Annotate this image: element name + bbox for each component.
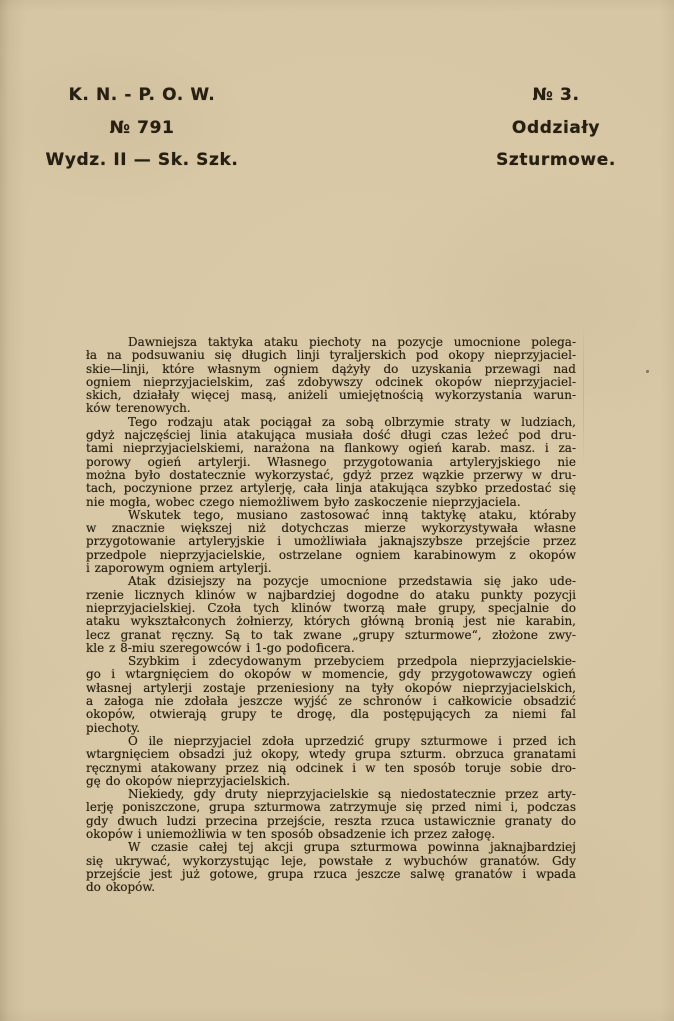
text-line: okopów i uniemożliwia w ten sposób obsad… [86,828,576,841]
text-line: lerję poniszczone, grupa szturmowa zatrz… [86,801,576,814]
text-line: przedpole nieprzyjacielskie, ostrzelane … [86,549,576,562]
document-title-line-1: Oddziały [466,112,646,145]
document-body: Dawniejsza taktyka ataku piechoty na poz… [86,336,576,894]
paragraph: Tego rodzaju atak pociągał za sobą olbrz… [86,416,576,509]
text-line: porowy ogień artylerji. Własnego przygot… [86,456,576,469]
text-line: ręcznymi atakowany przez nią odcinek i w… [86,762,576,775]
paragraph: Niekiedy, gdy druty nieprzyjacielskie są… [86,788,576,841]
text-line: O ile nieprzyjaciel zdoła uprzedzić grup… [86,735,576,748]
header-right: № 3. Oddziały Szturmowe. [466,79,646,177]
document-title-line-2: Szturmowe. [466,144,646,177]
paragraph: W czasie całej tej akcji grupa szturmowa… [86,841,576,894]
text-line: ków terenowych. [86,402,576,415]
text-line: piechoty. [86,722,576,735]
department-line: Wydz. II — Sk. Szk. [40,144,244,177]
text-line: Wskutek tego, musiano zastosować inną ta… [86,509,576,522]
issue-number: № 3. [466,79,646,112]
text-line: ataku wykształconych żołnierzy, których … [86,615,576,628]
text-line: i zaporowym ogniem artylerji. [86,562,576,575]
text-line: lecz granat ręczny. Są to tak zwane „gru… [86,629,576,642]
text-line: ła na podsuwaniu się długich linji tyral… [86,349,576,362]
text-line: go i wtargnięciem do okopów w momencie, … [86,668,576,681]
document-page: K. N. - P. O. W. № 791 Wydz. II — Sk. Sz… [0,0,674,1021]
paragraph: Wskutek tego, musiano zastosować inną ta… [86,509,576,575]
text-line: skie—linji, które własnym ogniem dążyły … [86,363,576,376]
paragraph: Atak dzisiejszy na pozycje umocnione prz… [86,575,576,655]
org-abbreviation: K. N. - P. O. W. [40,79,244,112]
text-line: kle z 8-miu szeregowców i 1-go podoficer… [86,642,576,655]
text-line: przejście jest już gotowe, grupa rzuca j… [86,868,576,881]
text-line: Atak dzisiejszy na pozycje umocnione prz… [86,575,576,588]
paragraph: O ile nieprzyjaciel zdoła uprzedzić grup… [86,735,576,788]
paragraph: Szybkim i zdecydowanym przebyciem przedp… [86,655,576,735]
text-line: tach, poczynione przez artylerję, cała l… [86,482,576,495]
paragraph: Dawniejsza taktyka ataku piechoty na poz… [86,336,576,416]
text-line: okopów, otwierają grupy te drogę, dla po… [86,708,576,721]
text-line: do okopów. [86,881,576,894]
paper-speck [646,370,649,373]
text-line: tami nieprzyjacielskiemi, narażona na fl… [86,442,576,455]
text-line: nie mogła, wobec czego niemożliwem było … [86,496,576,509]
text-line: rzenie licznych klinów w najbardziej dog… [86,589,576,602]
header-left: K. N. - P. O. W. № 791 Wydz. II — Sk. Sz… [40,79,244,177]
text-line: Dawniejsza taktyka ataku piechoty na poz… [86,336,576,349]
text-line: Niekiedy, gdy druty nieprzyjacielskie są… [86,788,576,801]
text-line: przygotowanie artyleryjskie i umożliwiał… [86,535,576,548]
document-number: № 791 [40,112,244,145]
paper-crease [583,322,584,472]
text-line: W czasie całej tej akcji grupa szturmowa… [86,841,576,854]
text-line: gdy dwuch ludzi przecina przejście, resz… [86,815,576,828]
text-line: się ukrywać, wykorzystując leje, powstał… [86,855,576,868]
text-line: wtargnięciem obsadzi już okopy, wtedy gr… [86,748,576,761]
text-line: gę do okopów nieprzyjacielskich. [86,775,576,788]
text-line: gdyż najczęściej linia atakująca musiała… [86,429,576,442]
